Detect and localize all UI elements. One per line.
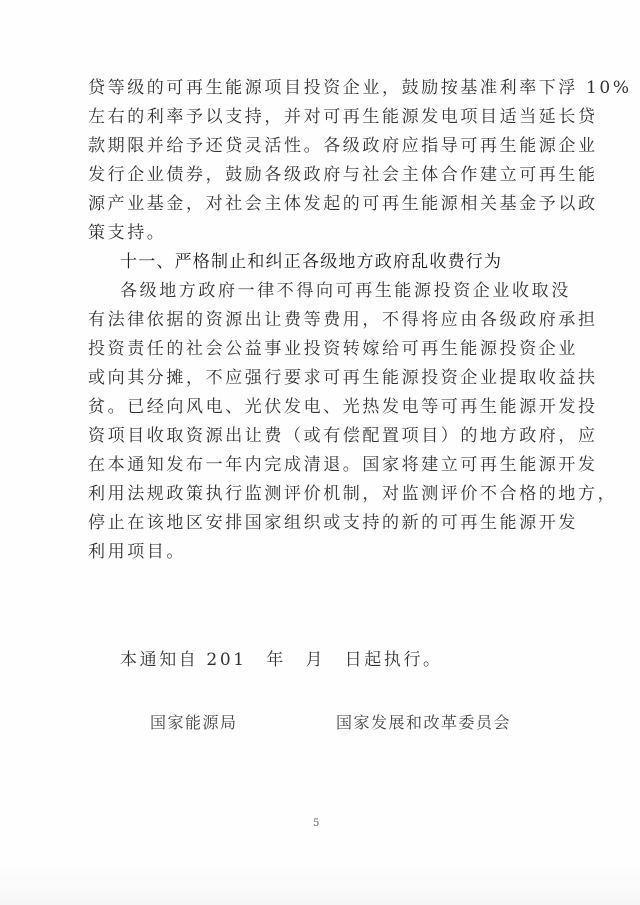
body-line: 资项目收取资源出让费（或有偿配置项目）的地方政府，应	[88, 424, 548, 448]
body-line: 款期限并给予还贷灵活性。各级政府应指导可再生能源企业	[88, 134, 548, 158]
body-line: 贫。已经向风电、光伏发电、光热发电等可再生能源开发投	[88, 395, 548, 419]
body-line: 停止在该地区安排国家组织或支持的新的可再生能源开发	[88, 511, 548, 535]
body-line: 投资责任的社会公益事业投资转嫁给可再生能源投资企业	[88, 337, 548, 361]
body-line: 或向其分摊，不应强行要求可再生能源投资企业提取收益扶	[88, 366, 548, 390]
body-line: 在本通知发布一年内完成清退。国家将建立可再生能源开发	[88, 453, 548, 477]
body-line: 发行企业债券，鼓励各级政府与社会主体合作建立可再生能	[88, 163, 548, 187]
page-number: 5	[313, 818, 319, 829]
effective-date-line: 本通知自 201 年 月 日起执行。	[120, 648, 580, 672]
body-line: 策支持。	[88, 221, 548, 245]
page-bottom-shade	[0, 865, 640, 905]
body-line: 有法律依据的资源出让费等费用，不得将应由各级政府承担	[88, 308, 548, 332]
body-line: 利用法规政策执行监测评价机制，对监测评价不合格的地方，	[88, 482, 548, 506]
body-line: 左右的利率予以支持，并对可再生能源发电项目适当延长贷	[88, 105, 548, 129]
signatory-nea: 国家能源局	[150, 712, 238, 734]
body-line: 源产业基金，对社会主体发起的可再生能源相关基金予以政	[88, 192, 548, 216]
section-heading: 十一、严格制止和纠正各级地方政府乱收费行为	[120, 250, 580, 274]
signatory-ndrc: 国家发展和改革委员会	[336, 712, 511, 734]
body-line: 利用项目。	[88, 540, 548, 564]
document-page: 贷等级的可再生能源项目投资企业，鼓励按基准利率下浮 10% 左右的利率予以支持，…	[0, 0, 640, 905]
body-line: 贷等级的可再生能源项目投资企业，鼓励按基准利率下浮 10%	[88, 76, 548, 100]
body-line: 各级地方政府一律不得向可再生能源投资企业收取没	[120, 279, 580, 303]
